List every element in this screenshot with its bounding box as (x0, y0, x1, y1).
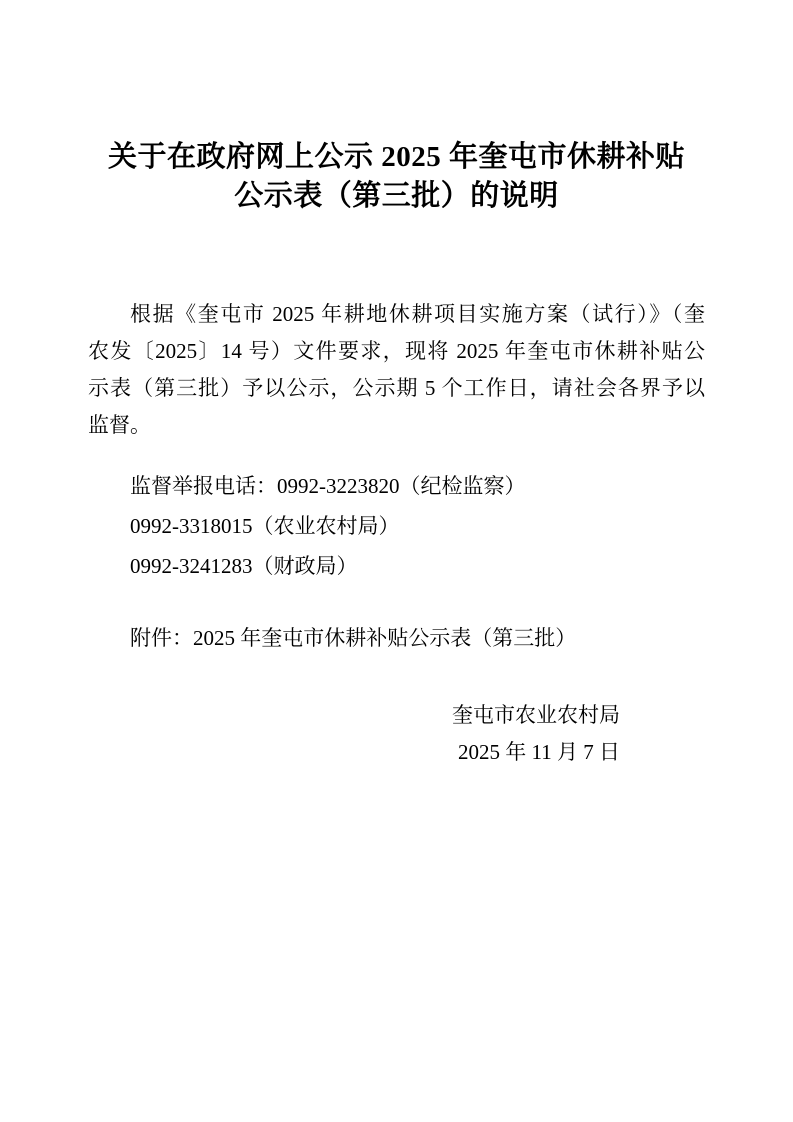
document-title: 关于在政府网上公示 2025 年奎屯市休耕补贴 公示表（第三批）的说明 (88, 138, 705, 216)
hotline-block: 监督举报电话：0992-3223820（纪检监察） 0992-3318015（农… (88, 466, 705, 586)
body-line-4: 监督。 (88, 407, 705, 444)
body-paragraph: 根据《奎屯市 2025 年耕地休耕项目实施方案（试行）》（奎 农发〔2025〕1… (88, 296, 705, 444)
hotline-finance-bureau: 0992-3241283（财政局） (88, 546, 705, 586)
issuing-agency: 奎屯市农业农村局 (88, 697, 620, 734)
hotline-agriculture-bureau: 0992-3318015（农业农村局） (88, 506, 705, 546)
signature-block: 奎屯市农业农村局 2025 年 11 月 7 日 (88, 697, 705, 771)
attachment-line: 附件：2025 年奎屯市休耕补贴公示表（第三批） (88, 618, 705, 658)
hotline-discipline-inspection: 监督举报电话：0992-3223820（纪检监察） (88, 466, 705, 506)
body-line-1: 根据《奎屯市 2025 年耕地休耕项目实施方案（试行）》（奎 (88, 296, 705, 333)
body-line-2: 农发〔2025〕14 号）文件要求，现将 2025 年奎屯市休耕补贴公 (88, 333, 705, 370)
document-page: 关于在政府网上公示 2025 年奎屯市休耕补贴 公示表（第三批）的说明 根据《奎… (0, 0, 793, 1122)
title-line-2: 公示表（第三批）的说明 (234, 180, 559, 212)
body-line-3: 示表（第三批）予以公示，公示期 5 个工作日，请社会各界予以 (88, 370, 705, 407)
title-line-1: 关于在政府网上公示 2025 年奎屯市休耕补贴 (108, 141, 685, 173)
issue-date: 2025 年 11 月 7 日 (88, 734, 620, 771)
